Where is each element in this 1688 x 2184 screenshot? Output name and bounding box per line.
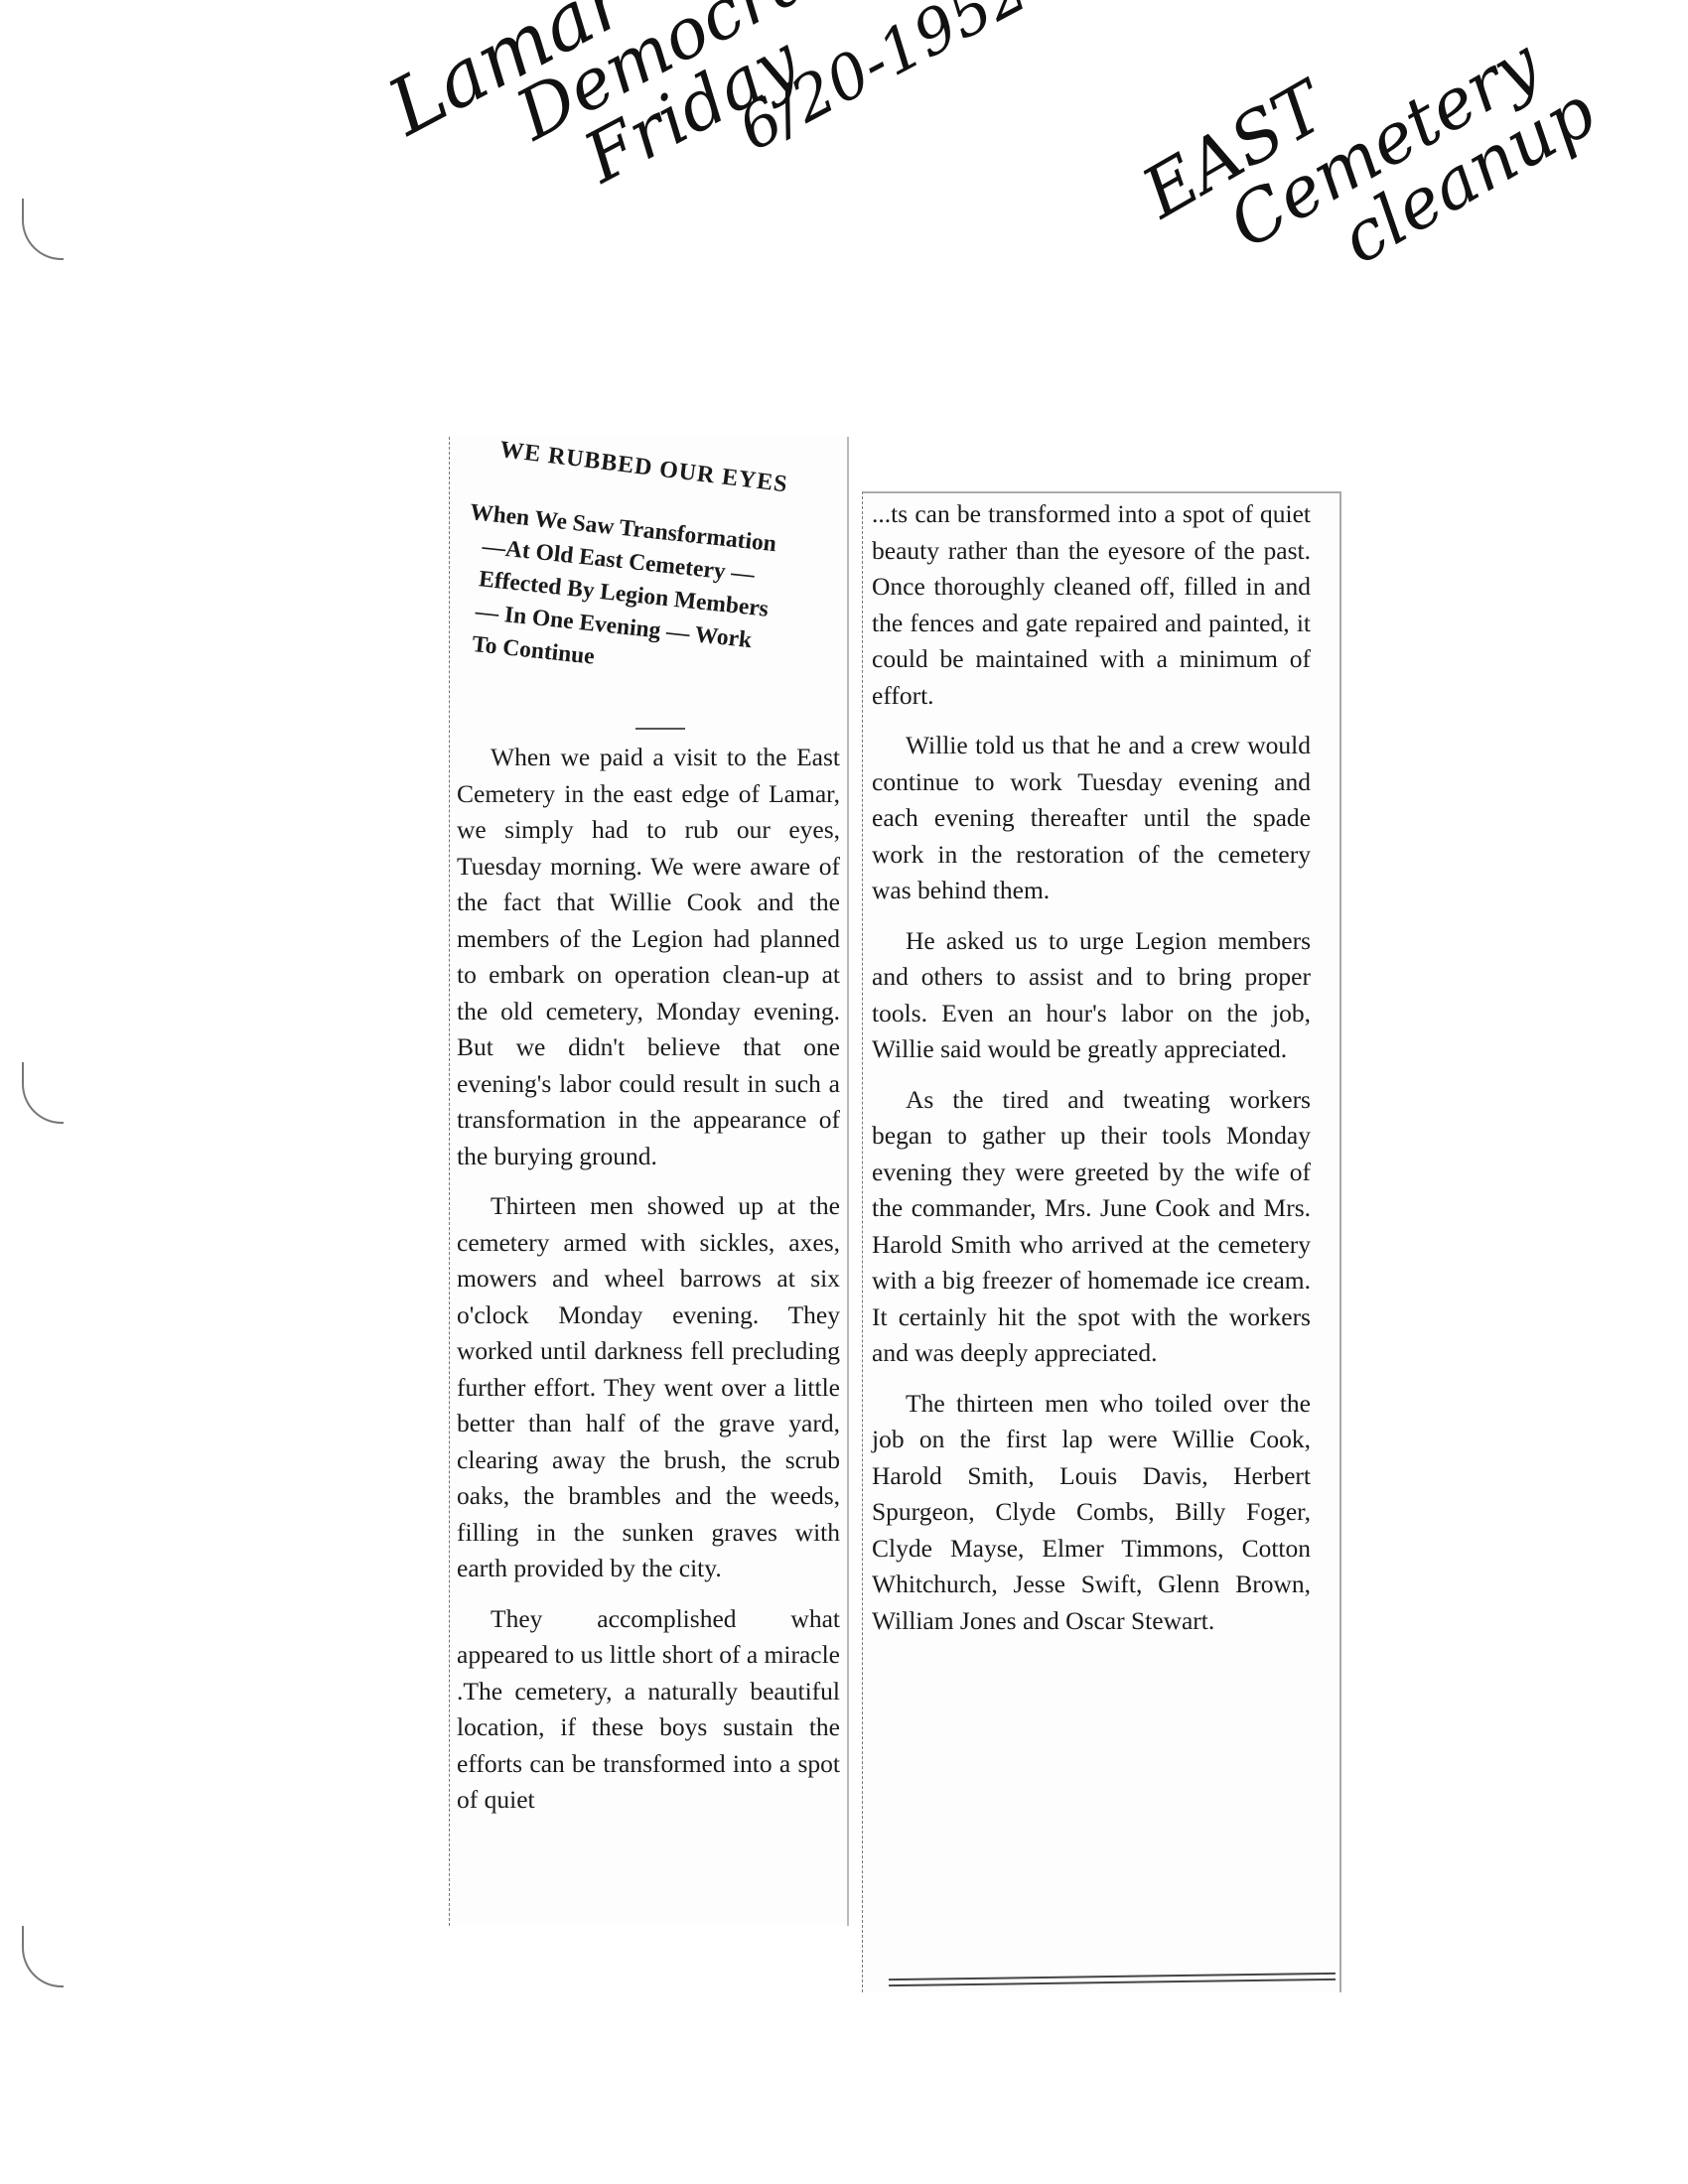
- article-left-column: When we paid a visit to the East Cemeter…: [457, 740, 840, 1833]
- paragraph: Willie told us that he and a crew would …: [872, 728, 1311, 909]
- article-right-column: ...ts can be transformed into a spot of …: [872, 496, 1311, 1653]
- handwritten-topic: EAST Cemetery cleanup: [1132, 0, 1606, 349]
- binder-hole-middle: [22, 1062, 64, 1124]
- paragraph: When we paid a visit to the East Cemeter…: [457, 740, 840, 1174]
- binder-hole-top: [22, 199, 64, 260]
- paragraph: He asked us to urge Legion members and o…: [872, 923, 1311, 1068]
- paragraph: As the tired and tweating workers began …: [872, 1082, 1311, 1372]
- paragraph: The thirteen men who toiled over the job…: [872, 1386, 1311, 1640]
- paragraph: Thirteen men showed up at the cemetery a…: [457, 1188, 840, 1587]
- handwritten-source-date: Lamar Democrat Friday 6/20-1952: [377, 0, 1037, 301]
- binder-hole-bottom: [22, 1926, 64, 1987]
- paragraph: ...ts can be transformed into a spot of …: [872, 496, 1311, 714]
- divider: [635, 728, 685, 730]
- paragraph: They accomplished what appeared to us li…: [457, 1601, 840, 1819]
